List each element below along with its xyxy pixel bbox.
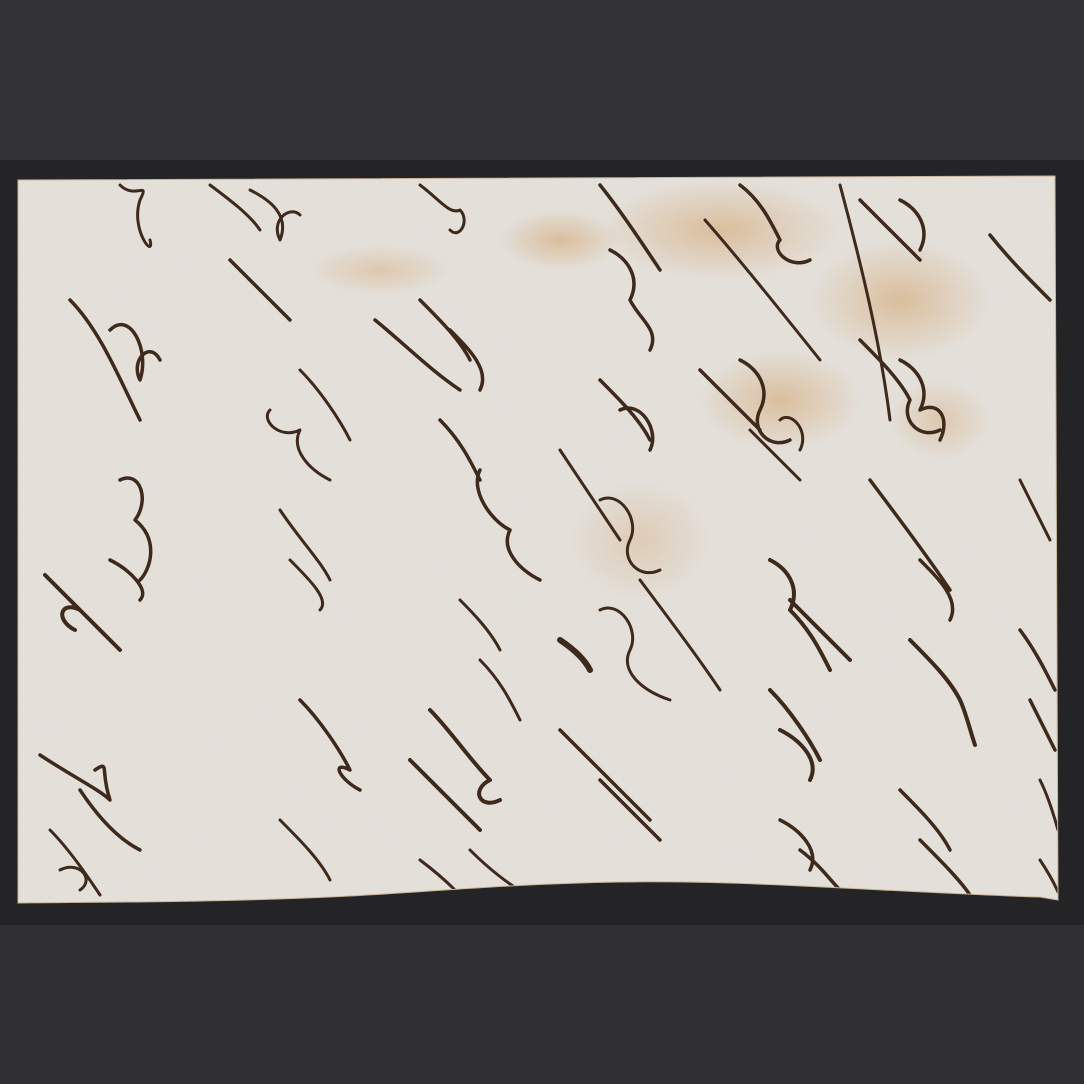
manuscript-fragment [0,0,1084,1084]
paper-texture [0,170,1084,910]
photo-scene [0,0,1084,1084]
